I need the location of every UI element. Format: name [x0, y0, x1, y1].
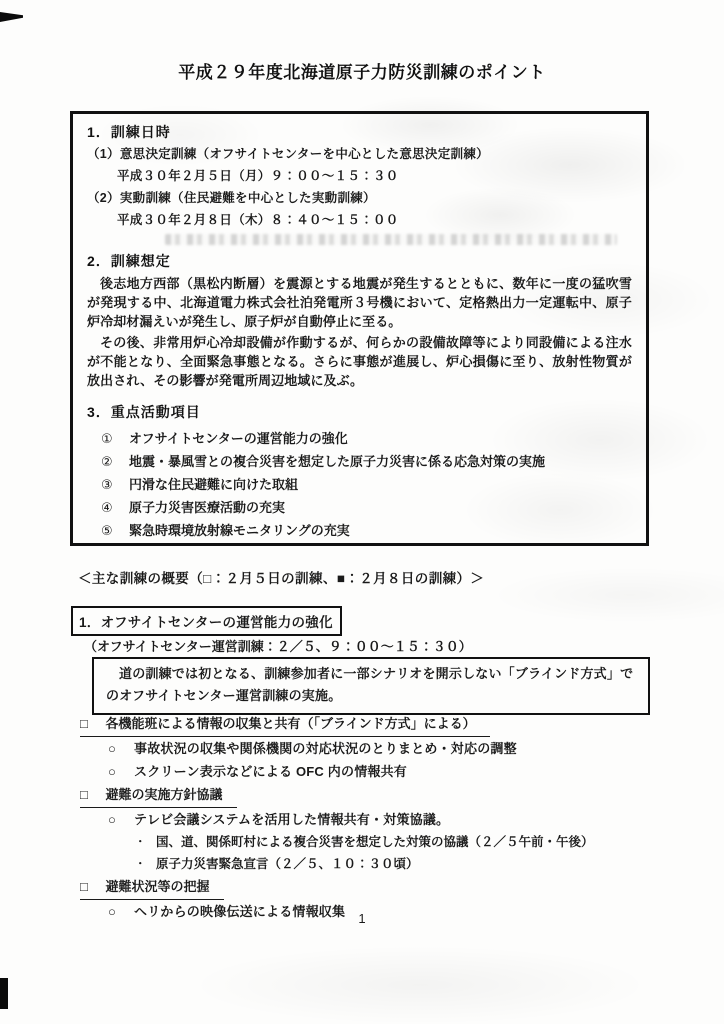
group-heading-underline: □ 各機能班による情報の収集と共有（「ブラインド方式」による）: [80, 712, 490, 737]
blind-method-note-box: 道の訓練では初となる、訓練参加者に一部シナリオを開示しない「ブラインド方式」での…: [92, 657, 650, 715]
training-date-2: 平成３０年２月８日（木）８：４０～１５：００: [87, 209, 632, 231]
page-number: 1: [0, 911, 724, 926]
group-heading-underline: □ 避難の実施方針協議: [80, 783, 237, 808]
circled-number-2-icon: ②: [101, 450, 129, 473]
open-square-marker-icon: □: [80, 875, 88, 898]
priority-item-text: 地震・暴風雪との複合災害を想定した原子力災害に係る応急対策の実施: [129, 450, 545, 473]
dot-marker-icon: ・: [134, 853, 156, 875]
section2-heading: 2．訓練想定: [87, 251, 632, 272]
priority-item-4: ④ 原子力災害医療活動の充実: [87, 496, 632, 519]
sub-item: ・ 国、道、関係町村による複合災害を想定した対策の協議（２／５午前・午後）: [80, 831, 655, 853]
overview-section-title: 1．オフサイトセンターの運営能力の強化: [79, 615, 333, 630]
overview-legend: ＜主な訓練の概要（□：２月５日の訓練、■：２月８日の訓練）＞: [78, 567, 484, 587]
group-item: ○ 事故状況の収集や関係機関の対応状況のとりまとめ・対応の調整: [80, 737, 655, 760]
group-item-text: 事故状況の収集や関係機関の対応状況のとりまとめ・対応の調整: [134, 737, 517, 760]
overview-group-list: □ 各機能班による情報の収集と共有（「ブラインド方式」による） ○ 事故状況の収…: [80, 712, 655, 923]
group-item-text: スクリーン表示などによる OFC 内の情報共有: [134, 760, 407, 783]
overview-section-title-box: 1．オフサイトセンターの運営能力の強化: [71, 606, 342, 636]
group-heading-info-sharing: □ 各機能班による情報の収集と共有（「ブラインド方式」による）: [80, 712, 655, 737]
group-heading-evacuation-policy: □ 避難の実施方針協議: [80, 783, 655, 808]
dot-marker-icon: ・: [134, 831, 156, 853]
group-heading-underline: □ 避難状況等の把握: [80, 875, 224, 900]
scenario-paragraph-2: その後、非常用炉心冷却設備が作動するが、何らかの設備故障等により同設備による注水…: [87, 333, 632, 390]
sub-item-text: 国、道、関係町村による複合災害を想定した対策の協議（２／５午前・午後）: [156, 831, 594, 853]
priority-item-text: 円滑な住民避難に向けた取組: [129, 473, 298, 496]
priority-item-5: ⑤ 緊急時環境放射線モニタリングの充実: [87, 519, 632, 542]
scan-artifact-corner-wedge: [0, 12, 23, 22]
blind-method-note-text: 道の訓練では初となる、訓練参加者に一部シナリオを開示しない「ブラインド方式」での…: [106, 666, 633, 703]
priority-activity-list: ① オフサイトセンターの運営能力の強化 ② 地震・暴風雪との複合災害を想定した原…: [87, 427, 632, 542]
scenario-paragraph-1: 後志地方西部（黒松内断層）を震源とする地震が発生するとともに、数年に一度の猛吹雪…: [87, 274, 632, 331]
circled-number-5-icon: ⑤: [101, 519, 129, 542]
group-heading-text: 各機能班による情報の収集と共有（「ブラインド方式」による）: [105, 716, 475, 731]
group-heading-text: 避難状況等の把握: [105, 879, 209, 894]
open-circle-marker-icon: ○: [108, 808, 134, 831]
training-type-2: （2）実動訓練（住民避難を中心とした実動訓練）: [87, 187, 632, 209]
priority-item-2: ② 地震・暴風雪との複合災害を想定した原子力災害に係る応急対策の実施: [87, 450, 632, 473]
sub-item-text: 原子力災害緊急宣言（２／５、１０：３０頃）: [156, 853, 419, 875]
open-square-marker-icon: □: [80, 712, 88, 735]
group-item: ○ スクリーン表示などによる OFC 内の情報共有: [80, 760, 655, 783]
circled-number-1-icon: ①: [101, 427, 129, 450]
priority-item-text: オフサイトセンターの運営能力の強化: [129, 427, 348, 450]
group-heading-text: 避難の実施方針協議: [105, 787, 222, 802]
section1-heading: 1．訓練日時: [87, 122, 632, 143]
priority-item-3: ③ 円滑な住民避難に向けた取組: [87, 473, 632, 496]
open-circle-marker-icon: ○: [108, 760, 134, 783]
open-square-marker-icon: □: [80, 783, 88, 806]
priority-item-text: 原子力災害医療活動の充実: [129, 496, 285, 519]
priority-item-1: ① オフサイトセンターの運営能力の強化: [87, 427, 632, 450]
circled-number-3-icon: ③: [101, 473, 129, 496]
section3-heading: 3．重点活動項目: [87, 402, 632, 423]
open-circle-marker-icon: ○: [108, 737, 134, 760]
group-heading-evacuation-status: □ 避難状況等の把握: [80, 875, 655, 900]
group-item: ○ テレビ会議システムを活用した情報共有・対策協議。: [80, 808, 655, 831]
scanned-document-page: 平成２９年度北海道原子力防災訓練のポイント 1．訓練日時 （1）意思決定訓練（オ…: [0, 0, 724, 1024]
training-type-1: （1）意思決定訓練（オフサイトセンターを中心とした意思決定訓練）: [87, 143, 632, 165]
sub-item: ・ 原子力災害緊急宣言（２／５、１０：３０頃）: [80, 853, 655, 875]
circled-number-4-icon: ④: [101, 496, 129, 519]
priority-item-text: 緊急時環境放射線モニタリングの充実: [129, 519, 350, 542]
bleed-through-smudge: [165, 234, 617, 245]
overview-section-subtitle: （オフサイトセンター運営訓練：２／５、９：００～１５：３０）: [84, 636, 472, 655]
training-date-1: 平成３０年２月５日（月）９：００～１５：３０: [87, 165, 632, 187]
scan-artifact-bottom-bar: [0, 978, 8, 1009]
document-title: 平成２９年度北海道原子力防災訓練のポイント: [0, 58, 724, 83]
group-item-text: テレビ会議システムを活用した情報共有・対策協議。: [134, 808, 449, 831]
training-summary-box: 1．訓練日時 （1）意思決定訓練（オフサイトセンターを中心とした意思決定訓練） …: [70, 111, 649, 546]
